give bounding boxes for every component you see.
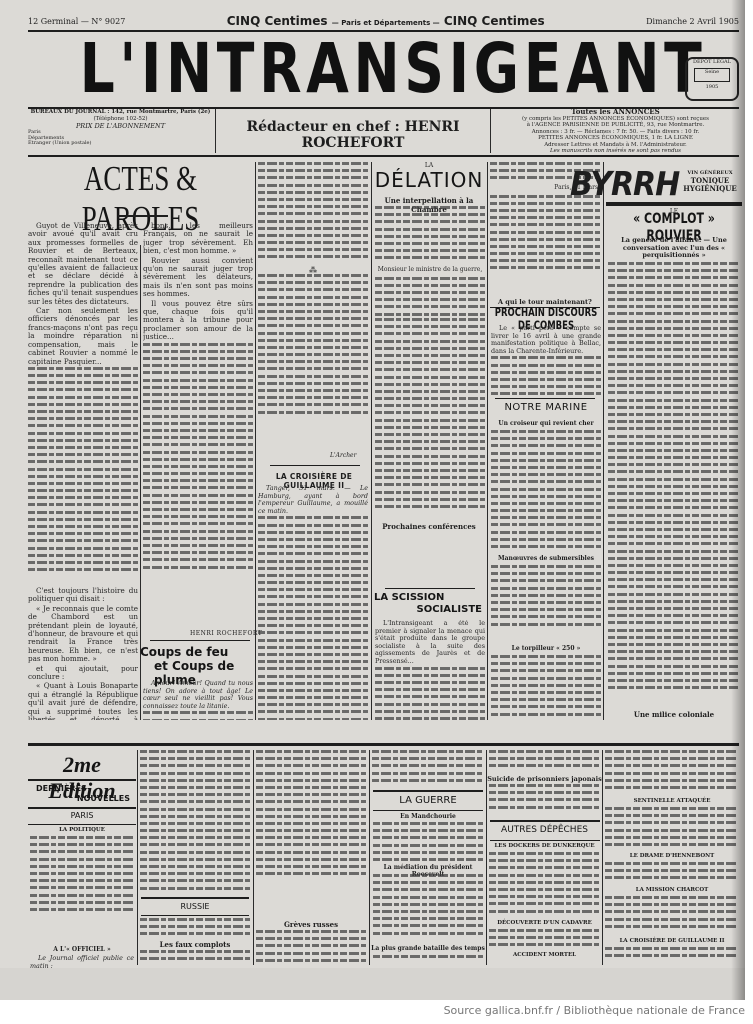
headline-line: SOCIALISTE — [374, 604, 486, 616]
column-divider — [487, 162, 488, 720]
paragraph: L'Intransigeant a été le premier à signa… — [375, 620, 485, 666]
divider — [141, 915, 249, 916]
headline-scission: LA SCISSION SOCIALISTE — [374, 592, 486, 616]
divider — [270, 465, 360, 466]
source-credit: Source gallica.bnf.fr / Bibliothèque nat… — [0, 1004, 753, 1017]
signature-rochefort: HENRI ROCHEFORT — [190, 630, 262, 637]
article-dockers — [489, 852, 599, 920]
article-lower-col5-top — [489, 750, 599, 772]
article-mandchourie — [373, 822, 483, 862]
divider — [28, 807, 136, 809]
office-address: BUREAUX DU JOURNAL : 142, rue Montmartre… — [28, 109, 213, 116]
article-actes-col2: bons, les meilleurs Français, on ne saur… — [143, 222, 253, 572]
article-faux-complots — [140, 950, 250, 965]
ads-line: Les manuscrits non insérés ne sont pas r… — [493, 148, 738, 155]
stamp-box: Seine — [694, 68, 730, 82]
headline-la-guerre: LA GUERRE — [370, 795, 486, 806]
price-middle: — Paris et Départements — — [332, 19, 440, 27]
article-russie — [140, 918, 250, 938]
article-lower-col4-top — [372, 750, 484, 785]
subhead-officiel: A L'« OFFICIEL » — [28, 946, 136, 953]
letter-salutation: Monsieur le ministre de la guerre, — [375, 266, 485, 274]
headline-line: LA SCISSION — [374, 592, 486, 604]
subscription-row: Étranger (Union postale) — [28, 141, 213, 147]
column-divider — [137, 750, 138, 965]
headline-autres-depeches: AUTRES DÉPÊCHES — [487, 825, 602, 835]
paragraph: Amour! Amour! Quand tu nous tiens! On ad… — [143, 680, 253, 710]
section-line: NOUVELLES — [28, 794, 136, 804]
dateline-bar: 12 Germinal — N° 9027 CINQ Centimes — Pa… — [28, 14, 739, 28]
subhead-croiseur: Un croiseur qui revient cher — [488, 420, 604, 427]
price-right: CINQ Centimes — [444, 14, 545, 28]
article-submersibles — [491, 565, 601, 635]
ads-line: à l'AGENCE PARISIENNE DE PUBLICITÉ, 93, … — [493, 122, 738, 129]
divider — [495, 398, 595, 399]
paragraph: Guyot de Villeneuve, après avoir avoué q… — [28, 222, 138, 306]
paragraph: Le Journal officiel publie ce matin : — [30, 955, 134, 969]
article-cadavre — [489, 929, 599, 951]
price-left: CINQ Centimes — [227, 14, 328, 28]
delation-question: A qui le tour maintenant? — [498, 298, 592, 306]
paragraph: C'est toujours l'histoire du politiquer … — [28, 587, 138, 604]
article-politique — [30, 836, 134, 916]
subhead-hennebont: LE DRAME D'HENNEBONT — [603, 853, 741, 859]
advertising-box: Toutes les ANNONCES (y compris les PETIT… — [493, 109, 738, 153]
subhead-suicide: Suicide de prisonniers japonais — [487, 775, 602, 783]
article-delation-1: Monsieur le ministre de la guerre, — [375, 206, 485, 316]
headline-line: Coups de feu — [140, 645, 255, 659]
article-charcot — [605, 896, 738, 936]
subhead-dockers: LES DOCKERS DE DUNKERQUE — [487, 843, 602, 849]
issue-number: 12 Germinal — N° 9027 — [28, 17, 125, 26]
info-bar: BUREAUX DU JOURNAL : 142, rue Montmartre… — [28, 109, 739, 153]
subhead-accident: ACCIDENT MORTEL — [487, 952, 602, 958]
price-banner: CINQ Centimes — Paris et Départements — … — [227, 14, 545, 28]
divider — [373, 810, 483, 811]
divider — [141, 897, 249, 899]
subscription-box: BUREAUX DU JOURNAL : 142, rue Montmartre… — [28, 109, 213, 153]
divider — [490, 820, 600, 822]
article-actes-col1: Guyot de Villeneuve, après avoir avoué q… — [28, 222, 138, 720]
subhead-croisiere-2: LA CROISIÈRE DE GUILLAUME II — [603, 938, 741, 944]
paragraph: bons, les meilleurs Français, on ne saur… — [143, 222, 253, 256]
article-complot — [608, 262, 738, 720]
article-croisiere: Tanger, 31 mars. — Le Hamburg, ayant à b… — [258, 485, 368, 720]
article-hennebont — [605, 862, 738, 886]
subhead-torpilleur: Le torpilleur « 250 » — [488, 645, 604, 652]
subscription-title: PRIX DE L'ABONNEMENT — [28, 123, 213, 130]
subhead-faux-complots: Les faux complots — [138, 940, 252, 949]
article-sentinelle — [605, 807, 738, 855]
divider — [28, 824, 136, 825]
section-dernieres-nouvelles: DERNIÈRES NOUVELLES — [28, 784, 136, 804]
divider — [490, 109, 491, 153]
issue-date: Dimanche 2 Avril 1905 — [646, 17, 739, 26]
divider — [118, 215, 168, 217]
stamp-text: DÉPÔT LÉGAL — [687, 59, 737, 66]
subhead-politique: LA POLITIQUE — [28, 827, 136, 833]
paragraph: Tanger, 31 mars. — Le Hamburg, ayant à b… — [258, 485, 368, 515]
paragraph: Il vous pouvez être sûrs que, chaque foi… — [143, 300, 253, 342]
subhead-genese: La genèse de l'affaire. — Une conversati… — [612, 237, 736, 260]
subhead-greves: Grèves russes — [254, 920, 368, 929]
divider — [373, 790, 483, 792]
article-officiel: Le Journal officiel publie ce matin : — [30, 955, 134, 969]
divider — [150, 640, 250, 641]
byrrh-tagline: HYGIÉNIQUE — [680, 185, 740, 193]
section-paris: PARIS — [28, 811, 136, 820]
stamp-year: 1905 — [687, 84, 737, 91]
article-lower-col2 — [140, 750, 250, 895]
article-torpilleur — [491, 655, 601, 720]
headline-delation: DÉLATION — [372, 168, 486, 192]
subhead-charcot: LA MISSION CHARCOT — [603, 887, 741, 893]
stamp-dept: Seine — [705, 69, 719, 75]
article-scission: L'Intransigeant a été le premier à signa… — [375, 620, 485, 720]
subhead-cadavre: DÉCOUVERTE D'UN CADAVRE — [487, 920, 602, 926]
page-bottom-margin — [0, 968, 745, 1000]
divider — [28, 155, 739, 157]
article-coups: Amour! Amour! Quand tu nous tiens! On ad… — [143, 680, 253, 720]
article-lower-col3 — [256, 750, 366, 880]
article-delation-2 — [375, 318, 485, 518]
article-lower-col6-top — [605, 750, 738, 795]
article-croisiere-2 — [605, 947, 738, 963]
paragraph: Le « parti père » compte se livrer le 16… — [491, 325, 601, 355]
subhead-conferences: Prochaines conférences — [372, 522, 486, 531]
section-divider — [28, 743, 739, 746]
article-suicide — [489, 784, 599, 816]
paragraph: Rouvier aussi convient qu'on ne saurait … — [143, 257, 253, 299]
quote: « Quant à Louis Bonaparte qui a étranglé… — [28, 682, 138, 720]
divider — [606, 202, 742, 206]
column-divider — [369, 750, 370, 965]
article-roosevelt — [373, 874, 483, 944]
article-bataille — [373, 955, 483, 965]
byrrh-logo: BYRRH — [570, 165, 679, 204]
paragraph: Car non seulement les officiers dénoncés… — [28, 307, 138, 366]
article-greves — [256, 930, 366, 965]
column-divider — [603, 162, 604, 720]
legal-deposit-stamp: DÉPÔT LÉGAL Seine 1905 — [685, 57, 739, 101]
newspaper-page: 12 Germinal — N° 9027 CINQ Centimes — Pa… — [0, 0, 745, 1000]
paragraph: et qui ajoutait, pour conclure : — [28, 665, 138, 682]
article-discours: Le « parti père » compte se livrer le 16… — [491, 325, 601, 400]
divider — [215, 109, 216, 153]
column-divider — [371, 162, 372, 720]
headline-russie: RUSSIE — [138, 902, 252, 911]
article-col3-top: ⁂ — [258, 162, 368, 432]
section-line: DERNIÈRES — [28, 784, 136, 794]
subhead-milice: Une milice coloniale — [606, 710, 742, 719]
quote: « Je reconnais que le comte de Chambord … — [28, 605, 138, 664]
divider — [490, 840, 600, 841]
headline-notre-marine: NOTRE MARINE — [488, 402, 604, 413]
asterism: ⁂ — [258, 267, 368, 274]
subhead-submersibles: Manœuvres de submersibles — [488, 555, 604, 562]
article-marine — [491, 430, 601, 555]
subhead-sentinelle: SENTINELLE ATTAQUÉE — [603, 798, 741, 804]
masthead-title: L'INTRANSIGEANT — [80, 32, 646, 107]
signature-archer: L'Archer — [330, 452, 356, 459]
column-divider — [253, 750, 254, 965]
divider — [28, 779, 136, 781]
subhead-bataille: La plus grande bataille des temps — [370, 945, 486, 952]
divider — [385, 588, 475, 589]
subhead-mandchourie: En Mandchourie — [370, 813, 486, 820]
editor-in-chief: Rédacteur en chef : HENRI ROCHEFORT — [218, 119, 488, 151]
